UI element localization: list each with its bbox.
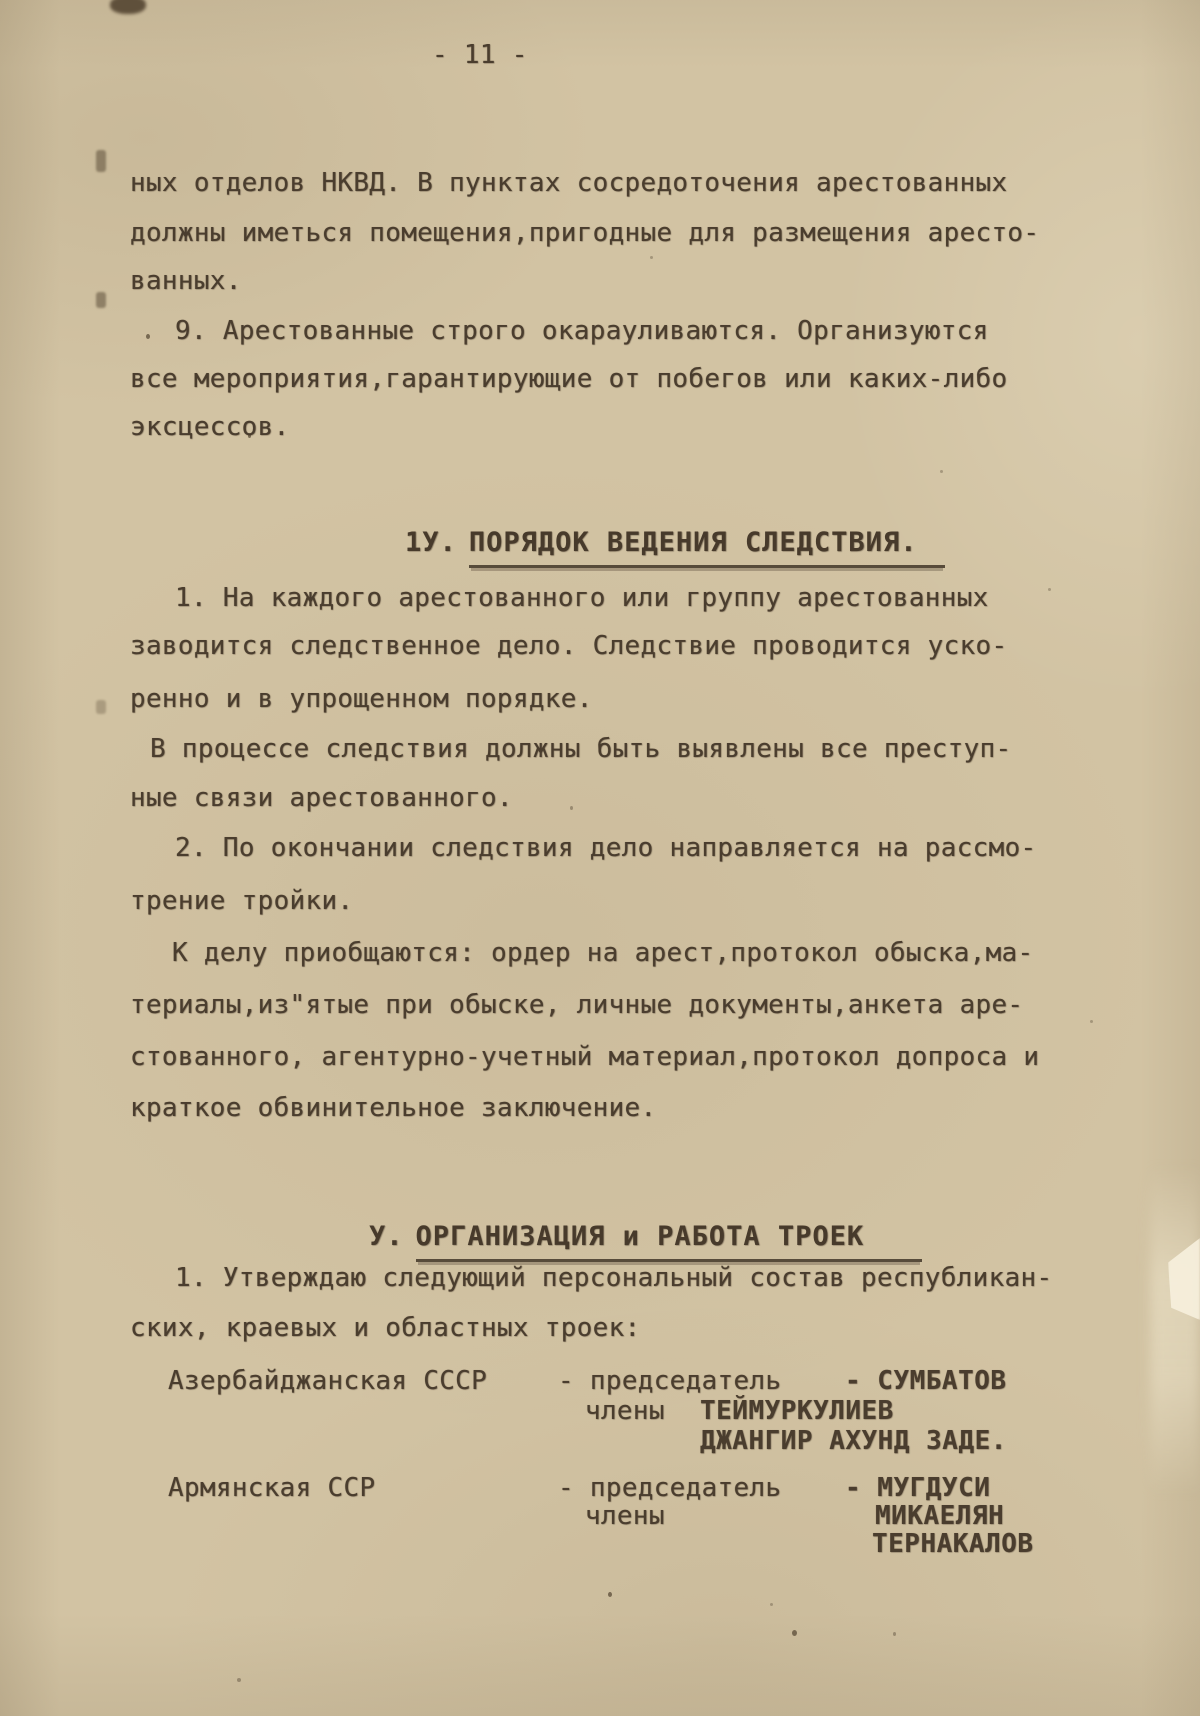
troika-members-label: члены: [585, 1398, 665, 1425]
ink-smudge: [110, 0, 146, 14]
troika-chair-name: - МУГДУСИ: [845, 1475, 990, 1502]
paper-edge-mark: [96, 292, 106, 308]
body-line: ских, краевых и областных троек:: [130, 1315, 641, 1342]
paper-speck: [608, 1592, 612, 1597]
body-line: ренно и в упрощенном порядке.: [130, 686, 593, 713]
troika-region: Азербайджанская СССР: [168, 1368, 487, 1395]
body-line: краткое обвинительное заключение.: [130, 1095, 656, 1122]
body-line: ные связи арестованного.: [130, 785, 513, 812]
troika-chair-label: - председатель: [558, 1368, 781, 1395]
paper-speck: [1048, 588, 1051, 591]
paper-speck: [770, 1603, 773, 1606]
body-line: 9. Арестованные строго окарауливаются. О…: [175, 318, 989, 345]
paper-speck: [792, 1630, 797, 1636]
paper-speck: [570, 806, 573, 810]
heading-prefix: У.: [369, 1221, 404, 1252]
troika-member-name: МИКАЕЛЯН: [875, 1503, 1004, 1530]
heading-title: ПОРЯДОК ВЕДЕНИЯ СЛЕДСТВИЯ.: [469, 527, 946, 568]
body-line: эксцессов.: [130, 414, 290, 441]
troika-chair-label: - председатель: [558, 1475, 781, 1502]
paper-edge-mark: [96, 700, 106, 714]
paper-speck: [940, 470, 943, 473]
paper-speck: [650, 256, 653, 259]
body-line: ванных.: [130, 268, 242, 295]
page-number: - 11 -: [432, 42, 528, 69]
troika-member-name: ДЖАНГИР АХУНД ЗАДЕ.: [700, 1428, 1007, 1455]
body-line: все мероприятия,гарантирующие от побегов…: [130, 366, 1007, 393]
troika-chair-name: - СУМБАТОВ: [845, 1368, 1007, 1395]
troika-member-name: ТЕЙМУРКУЛИЕВ: [700, 1398, 894, 1425]
page-fold-highlight: [1168, 1238, 1200, 1320]
body-line: К делу приобщаются: ордер на арест,прото…: [172, 940, 1033, 967]
body-line: териалы,из"ятые при обыске, личные докум…: [130, 992, 1023, 1019]
document-page: - 11 - ных отделов НКВД. В пунктах сосре…: [0, 0, 1200, 1716]
body-line: заводится следственное дело. Следствие п…: [130, 633, 1007, 660]
body-line: 2. По окончании следствия дело направляе…: [175, 835, 1036, 862]
troika-members-label: члены: [585, 1503, 665, 1530]
heading-prefix: 1У.: [405, 527, 457, 558]
paper-speck: [893, 1632, 896, 1636]
body-line: ных отделов НКВД. В пунктах сосредоточен…: [130, 170, 1007, 197]
body-line: В процессе следствия должны быть выявлен…: [150, 736, 1011, 763]
body-line: стованного, агентурно-учетный материал,п…: [130, 1044, 1039, 1071]
paper-speck: [146, 334, 150, 339]
page-fold-highlight: [1150, 1165, 1200, 1495]
body-line: должны иметься помещения,пригодные для р…: [130, 220, 1039, 247]
body-line: 1. На каждого арестованного или группу а…: [175, 585, 989, 612]
paper-speck: [237, 1678, 241, 1682]
body-line: 1. Утверждаю следующий персональный сост…: [175, 1265, 1052, 1292]
troika-region: Армянская ССР: [168, 1475, 375, 1502]
body-line: трение тройки.: [130, 888, 353, 915]
heading-title: ОРГАНИЗАЦИЯ и РАБОТА ТРОЕК: [416, 1221, 923, 1262]
paper-edge-mark: [96, 150, 106, 172]
troika-member-name: ТЕРНАКАЛОВ: [872, 1531, 1034, 1558]
paper-speck: [1090, 1020, 1093, 1023]
